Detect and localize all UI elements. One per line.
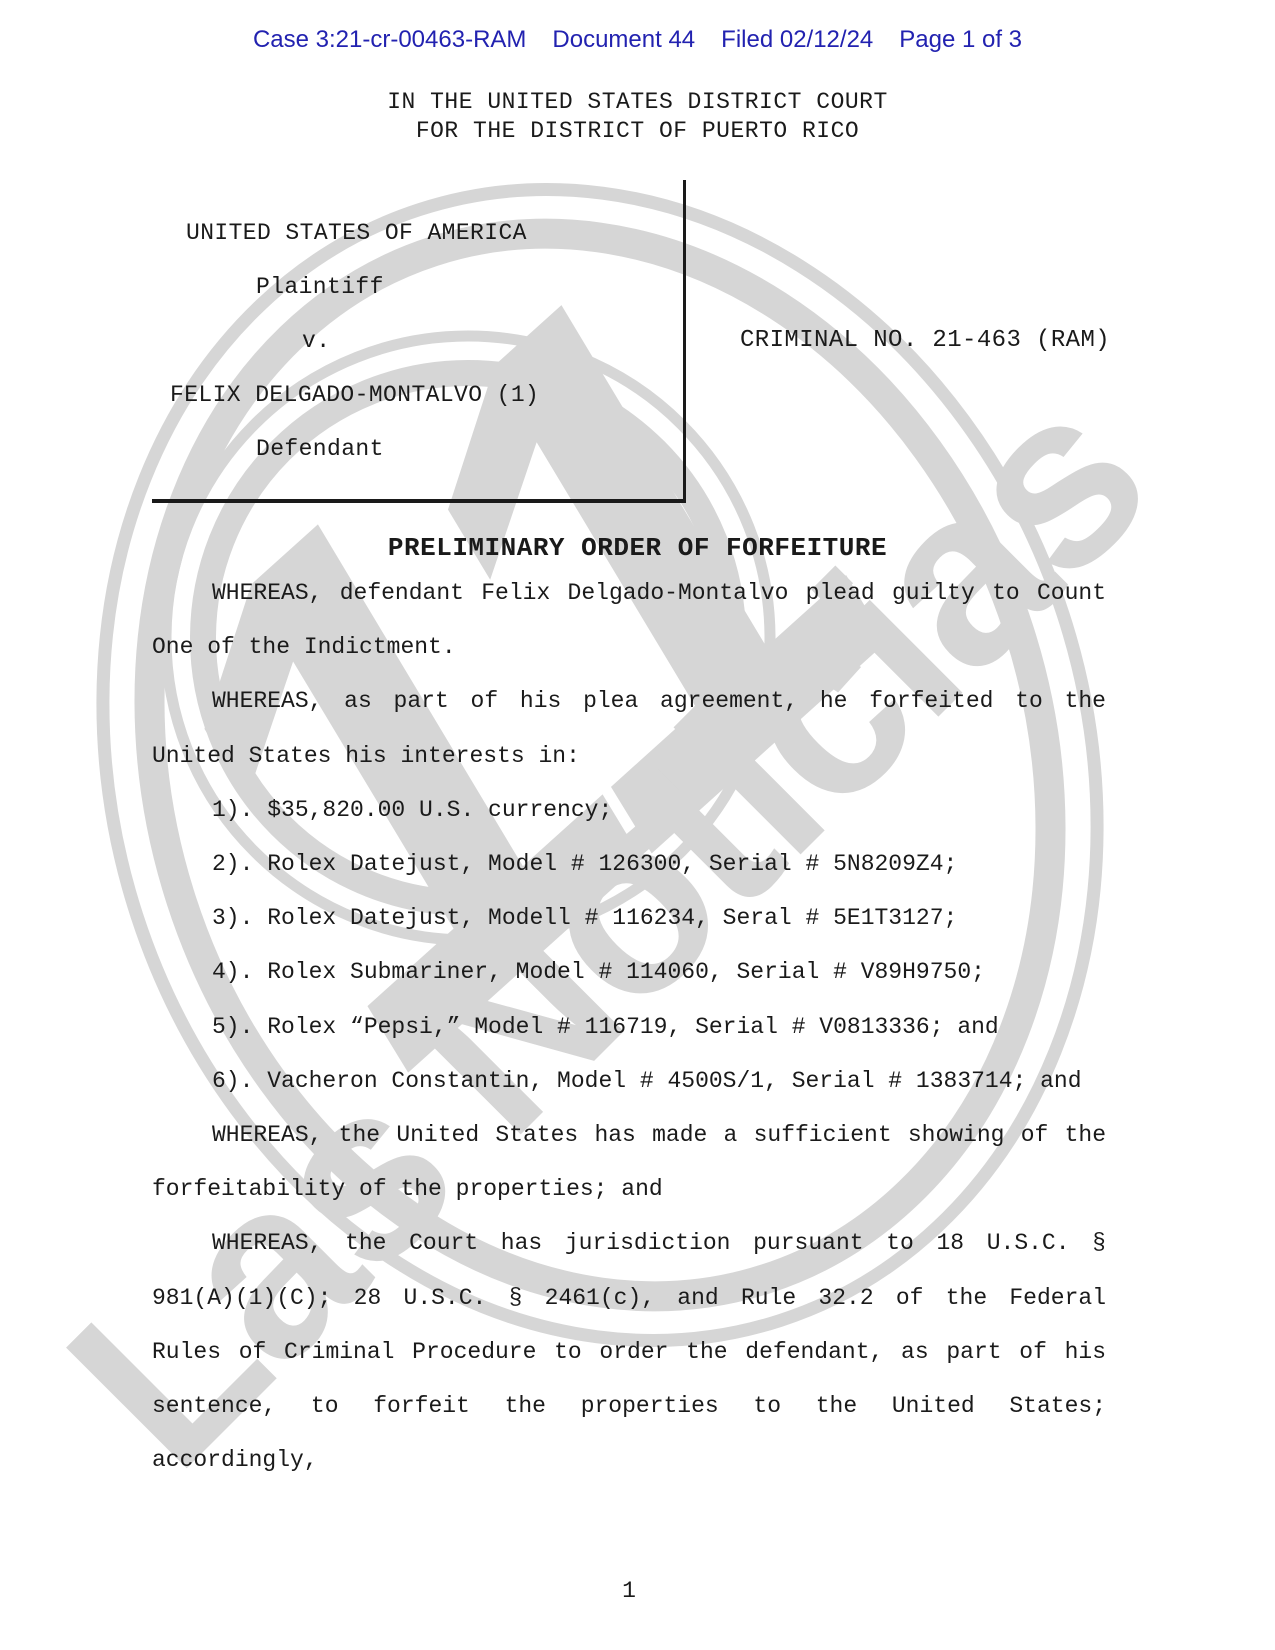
body-line: WHEREAS, as part of his plea agreement, … bbox=[152, 674, 1106, 728]
case-caption: UNITED STATES OF AMERICA Plaintiff v. FE… bbox=[152, 180, 1106, 503]
body-line: 4). Rolex Submariner, Model # 114060, Se… bbox=[152, 945, 1106, 999]
page-number: 1 bbox=[152, 1578, 1106, 1604]
body-line: WHEREAS, defendant Felix Delgado-Montalv… bbox=[152, 566, 1106, 620]
body-line: 5). Rolex “Pepsi,” Model # 116719, Seria… bbox=[152, 1000, 1106, 1054]
ecf-document-number: Document 44 bbox=[552, 26, 695, 54]
defendant-role: Defendant bbox=[152, 422, 683, 476]
versus-label: v. bbox=[152, 314, 683, 368]
court-heading: IN THE UNITED STATES DISTRICT COURT FOR … bbox=[0, 88, 1275, 146]
body-line: Rules of Criminal Procedure to order the… bbox=[152, 1325, 1106, 1379]
body-line: forfeitability of the properties; and bbox=[152, 1162, 1106, 1216]
court-name: IN THE UNITED STATES DISTRICT COURT bbox=[0, 88, 1275, 117]
ecf-stamp-header: Case 3:21-cr-00463-RAM Document 44 Filed… bbox=[0, 26, 1275, 54]
body-line: One of the Indictment. bbox=[152, 620, 1106, 674]
order-title: PRELIMINARY ORDER OF FORFEITURE bbox=[0, 526, 1275, 570]
body-line: WHEREAS, the Court has jurisdiction purs… bbox=[152, 1216, 1106, 1270]
body-line: 3). Rolex Datejust, Modell # 116234, Ser… bbox=[152, 891, 1106, 945]
ecf-filed-date: Filed 02/12/24 bbox=[721, 26, 873, 54]
body-line: 1). $35,820.00 U.S. currency; bbox=[152, 783, 1106, 837]
order-body-text: WHEREAS, defendant Felix Delgado-Montalv… bbox=[152, 566, 1106, 1487]
court-document-page: 11 Las Noticias Case 3:21-cr-00463-RAM D… bbox=[0, 0, 1275, 1650]
body-line: 2). Rolex Datejust, Model # 126300, Seri… bbox=[152, 837, 1106, 891]
defendant-name: FELIX DELGADO-MONTALVO (1) bbox=[152, 368, 683, 422]
caption-box: UNITED STATES OF AMERICA Plaintiff v. FE… bbox=[152, 180, 686, 503]
plaintiff-role: Plaintiff bbox=[152, 260, 683, 314]
plaintiff-name: UNITED STATES OF AMERICA bbox=[152, 206, 683, 260]
ecf-page-indicator: Page 1 of 3 bbox=[899, 26, 1022, 54]
court-district: FOR THE DISTRICT OF PUERTO RICO bbox=[0, 117, 1275, 146]
criminal-case-number: CRIMINAL NO. 21-463 (RAM) bbox=[740, 314, 1110, 368]
ecf-case-number: Case 3:21-cr-00463-RAM bbox=[253, 26, 526, 54]
body-line: 981(A)(1)(C); 28 U.S.C. § 2461(c), and R… bbox=[152, 1271, 1106, 1325]
body-line: WHEREAS, the United States has made a su… bbox=[152, 1108, 1106, 1162]
body-line: United States his interests in: bbox=[152, 729, 1106, 783]
body-line: sentence, to forfeit the properties to t… bbox=[152, 1379, 1106, 1433]
body-line: accordingly, bbox=[152, 1433, 1106, 1487]
body-line: 6). Vacheron Constantin, Model # 4500S/1… bbox=[152, 1054, 1106, 1108]
